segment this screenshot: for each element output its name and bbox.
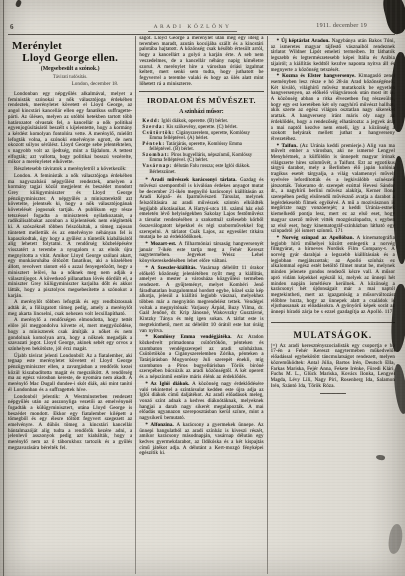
article-paragraph: Londonban egy népgyűlés alkalmával, mely… (8, 92, 132, 166)
column-middle: ságot. Lloyd George a merénylet után még… (139, 36, 263, 574)
column-layout: Merénylet Lloyd George ellen. (Megsebesü… (8, 36, 395, 574)
entertainment-section-title: MULATSÁGOK. (271, 322, 395, 341)
article-paragraph: London. A feministák a nők választójoga … (8, 174, 132, 299)
article-subhead: (Megsebesült a szónok.) (8, 65, 132, 74)
program-line: Csütörtök: Cigányszerelem, operette, Kom… (139, 131, 263, 142)
news-item: * A Szeszler-kiállítás. Vasárnap délelőt… (139, 266, 263, 334)
article-paragraph: A merénylő a rendőrségen elmondotta, hog… (8, 318, 132, 352)
program-line: Szombat: Piros bugyelláris, népszínmű, K… (139, 153, 263, 164)
theatre-program-title: A szinházi műsor: (139, 108, 263, 117)
news-item: * Az Iglói diákok. A közönség nagy érdek… (139, 382, 263, 422)
article-dateline: London, december 18. (8, 81, 132, 88)
section-end-rule (320, 393, 346, 394)
news-item: * Aradi művészek karácsonyi tárlata. Gaz… (139, 178, 263, 241)
headline-line2: Lloyd George ellen. (8, 52, 132, 65)
headline-line1: Merénylet (8, 40, 132, 52)
column-left: Merénylet Lloyd George ellen. (Megsebesü… (8, 36, 132, 574)
ink-stain (15, 0, 22, 8)
news-item: * Norvég színpad az Apollóban. A kinemat… (271, 236, 395, 316)
scan-edge-line (3, 0, 4, 576)
issue-date: 1911. december 19 (316, 23, 367, 29)
article-paragraph: Újabb távirat jelenti Londonból: Az a fi… (8, 354, 132, 394)
newspaper-page: 6 ARADI KÖZLÖNY 1911. december 19 Merény… (0, 0, 405, 576)
news-item: * Új képtárlat Aradon. Nagybánya után Ba… (271, 39, 395, 73)
news-item: * Taifun. (Az Uránia keddi premierje.) A… (271, 144, 395, 235)
column-rule (267, 36, 268, 574)
news-item: * Alfonzina. A karácsony a gyermekek ünn… (139, 423, 263, 457)
article-paragraph: A merénylőt többen lefogták és egy rendb… (8, 300, 132, 317)
news-item: * Kozma és Elster hangversenye. Kimagasl… (271, 74, 395, 142)
masthead-title: ARADI KÖZLÖNY (148, 24, 238, 32)
article-header: Merénylet Lloyd George ellen. (Megsebesü… (8, 40, 132, 88)
section-title: IRODALOM ÉS MŰVÉSZET. (139, 96, 263, 106)
article-continuation: ságot. Lloyd George a merénylet után még… (139, 36, 263, 87)
page-header: 6 ARADI KÖZLÖNY 1911. december 19 (8, 22, 395, 35)
program-line: Vasárnap: délután Falu rossza; este Igló… (139, 164, 263, 175)
page-number: 6 (10, 23, 14, 31)
article-byline: Távirati tudósítás. (8, 74, 132, 81)
literature-section-header: IRODALOM ÉS MŰVÉSZET. A szinházi műsor: (139, 91, 263, 117)
column-right: * Új képtárlat Aradon. Nagybánya után Ba… (271, 36, 395, 574)
program-line: Péntek: Tatárjárás, operette, Komlóssy E… (139, 142, 263, 153)
article-paragraph: Londonból jelentik: A Westminsterben ren… (8, 395, 132, 452)
entertainment-item: (=) Az aradi keresztényszocialisták egy … (271, 344, 395, 390)
news-item: * Mozart-est. A filharmóniai társaság ha… (139, 242, 263, 265)
column-rule (135, 36, 136, 574)
theatre-program: Kedd: Iglói diákok, operette. (B) bérlet… (139, 119, 263, 175)
news-item: * Komlóssy Emma vendégjátéka. Az Aradon … (139, 335, 263, 381)
article-paragraph: Részletesebb táviratok a merényletről a … (8, 167, 132, 173)
